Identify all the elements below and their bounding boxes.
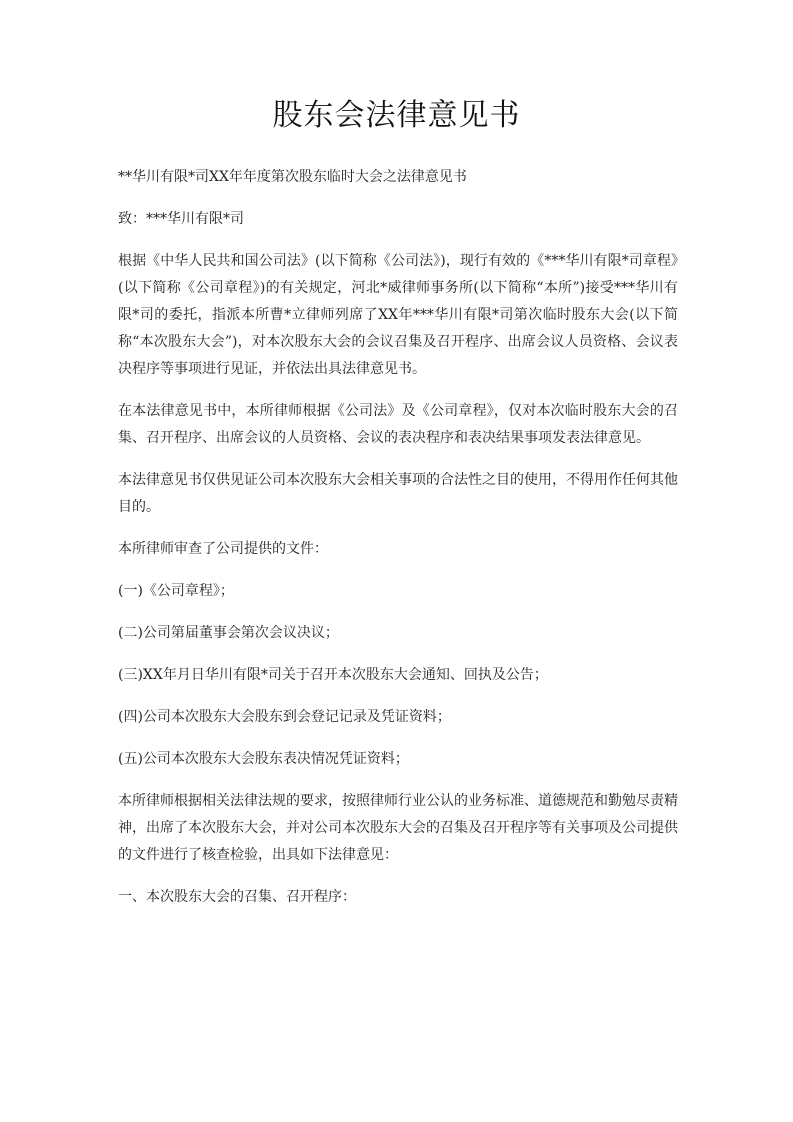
- reviewed-document-item: (三)XX年月日华川有限*司关于召开本次股东大会通知、回执及公告；: [118, 662, 678, 689]
- reviewed-documents-intro: 本所律师审查了公司提供的文件：: [118, 536, 678, 563]
- reviewed-document-item: (一)《公司章程》；: [118, 578, 678, 605]
- section-heading: 一、本次股东大会的召集、召开程序：: [118, 884, 678, 911]
- closing-paragraph: 本所律师根据相关法律法规的要求，按照律师行业公认的业务标准、道德规范和勤勉尽责精…: [118, 788, 678, 869]
- reviewed-document-item: (四)公司本次股东大会股东到会登记记录及凭证资料；: [118, 704, 678, 731]
- addressee: 致：***华川有限*司: [118, 206, 678, 233]
- intro-paragraph: 根据《中华人民共和国公司法》(以下简称《公司法》)，现行有效的《***华川有限*…: [118, 248, 678, 383]
- document-page: 股东会法律意见书 **华川有限*司XX年年度第次股东临时大会之法律意见书 致：*…: [0, 0, 793, 1122]
- reviewed-document-item: (二)公司第届董事会第次会议决议；: [118, 620, 678, 647]
- scope-paragraph: 在本法律意见书中，本所律师根据《公司法》及《公司章程》，仅对本次临时股东大会的召…: [118, 398, 678, 452]
- usage-paragraph: 本法律意见书仅供见证公司本次股东大会相关事项的合法性之目的使用，不得用作任何其他…: [118, 467, 678, 521]
- document-title: 股东会法律意见书: [0, 96, 793, 136]
- reviewed-document-item: (五)公司本次股东大会股东表决情况凭证资料；: [118, 746, 678, 773]
- document-subtitle: **华川有限*司XX年年度第次股东临时大会之法律意见书: [118, 164, 678, 191]
- document-body: **华川有限*司XX年年度第次股东临时大会之法律意见书 致：***华川有限*司 …: [118, 164, 678, 926]
